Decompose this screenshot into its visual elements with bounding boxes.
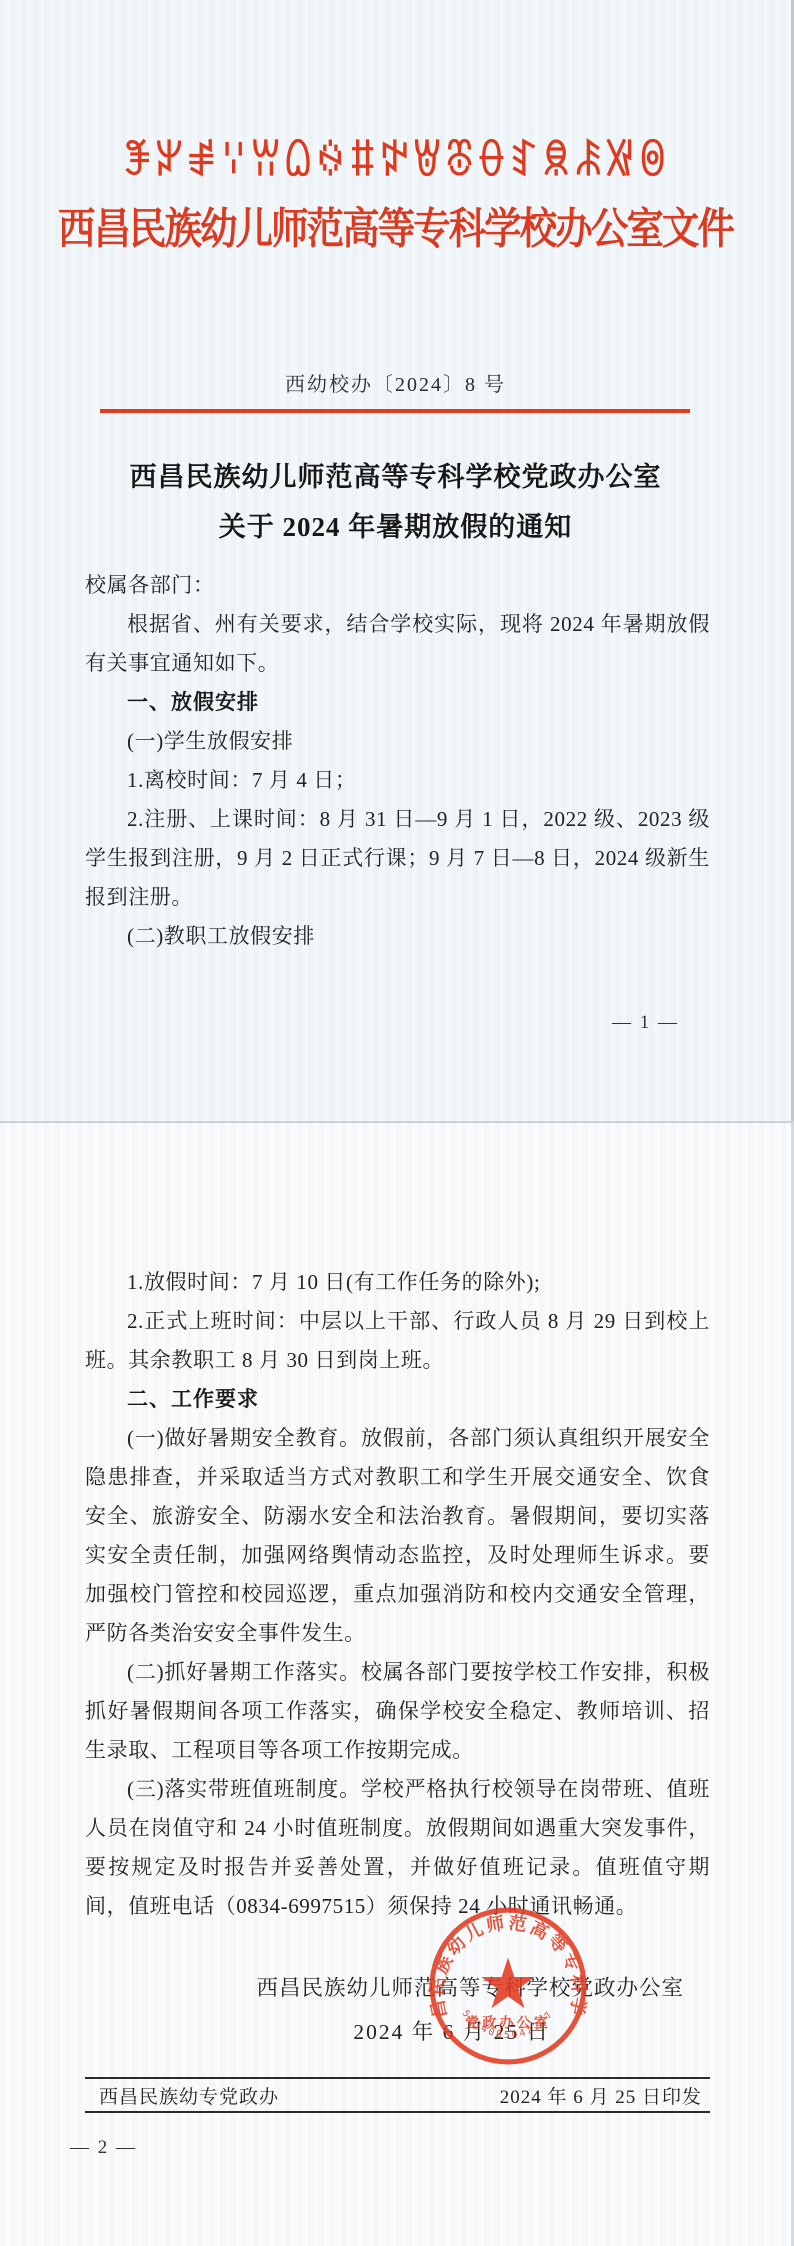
item-return-to-work: 2.正式上班时间：中层以上干部、行政人员 8 月 29 日到校上班。其余教职工 … — [85, 1302, 710, 1380]
notice-title: 西昌民族幼儿师范高等专科学校党政办公室 关于 2024 年暑期放假的通知 — [0, 452, 791, 552]
masthead-title: 西昌民族幼儿师范高等专科学校办公室文件 — [16, 205, 775, 256]
item-leave-date: 1.离校时间：7 月 4 日； — [85, 761, 710, 800]
section-2-heading: 二、工作要求 — [85, 1380, 710, 1419]
intro-paragraph: 根据省、州有关要求，结合学校实际，现将 2024 年暑期放假有关事宜通知如下。 — [85, 605, 710, 683]
notice-title-line-2: 关于 2024 年暑期放假的通知 — [0, 502, 791, 552]
official-seal: 西昌民族幼儿师范高等专科学校 党政办公室 5134005042277 — [427, 1905, 589, 2067]
page-number-1: — 1 — — [612, 1012, 679, 1034]
red-divider-rule — [100, 409, 690, 413]
yi-script-masthead: ꊈꏃꂱꈌꀕꑘꍈꐚꉢꇐꁨꂷꆏꌋꄯꑟꉻ — [0, 142, 791, 182]
signer-unit: 西昌民族幼儿师范高等专科学校党政办公室 — [85, 1971, 710, 2002]
page-1-body: 校属各部门： 根据省、州有关要求，结合学校实际，现将 2024 年暑期放假有关事… — [85, 566, 710, 956]
page-2-body: 1.放假时间：7 月 10 日(有工作任务的除外); 2.正式上班时间：中层以上… — [85, 1263, 710, 1926]
document-page-1: ꊈꏃꂱꈌꀕꑘꍈꐚꉢꇐꁨꂷꆏꌋꄯꑟꉻ 西昌民族幼儿师范高等专科学校办公室文件 西幼… — [0, 0, 794, 1121]
footer-print-date: 2024 年 6 月 25 日印发 — [500, 2082, 702, 2109]
page-number-2: — 2 — — [70, 2137, 137, 2159]
signature-date: 2024 年 6 月 25 日 — [85, 2015, 710, 2046]
section-1-heading: 一、放假安排 — [85, 683, 710, 722]
item-registration-dates: 2.注册、上课时间：8 月 31 日—9 月 1 日，2022 级、2023 级… — [85, 800, 710, 917]
footer-issuing-office: 西昌民族幼专党政办 — [99, 2082, 279, 2109]
scanned-official-document: ꊈꏃꂱꈌꀕꑘꍈꐚꉢꇐꁨꂷꆏꌋꄯꑟꉻ 西昌民族幼儿师范高等专科学校办公室文件 西幼… — [0, 0, 794, 2246]
document-page-2: 1.放假时间：7 月 10 日(有工作任务的除外); 2.正式上班时间：中层以上… — [0, 1121, 794, 2246]
issuance-footer: 西昌民族幼专党政办 2024 年 6 月 25 日印发 — [85, 2077, 710, 2113]
seal-star-icon — [481, 1958, 534, 2009]
subsection-1-2-heading: (二)教职工放假安排 — [85, 917, 710, 956]
requirement-3-paragraph: (三)落实带班值班制度。学校严格执行校领导在岗带班、值班人员在岗值守和 24 小… — [85, 1770, 710, 1926]
requirement-1-paragraph: (一)做好暑期安全教育。放假前，各部门须认真组织开展安全隐患排查，并采取适当方式… — [85, 1419, 710, 1653]
document-number: 西幼校办〔2024〕8 号 — [0, 368, 791, 397]
salutation: 校属各部门： — [85, 566, 710, 605]
subsection-1-1-heading: (一)学生放假安排 — [85, 722, 710, 761]
notice-title-line-1: 西昌民族幼儿师范高等专科学校党政办公室 — [0, 452, 791, 502]
requirement-2-paragraph: (二)抓好暑期工作落实。校属各部门要按学校工作安排，积极抓好暑假期间各项工作落实… — [85, 1653, 710, 1770]
item-staff-holiday-date: 1.放假时间：7 月 10 日(有工作任务的除外); — [85, 1263, 710, 1302]
